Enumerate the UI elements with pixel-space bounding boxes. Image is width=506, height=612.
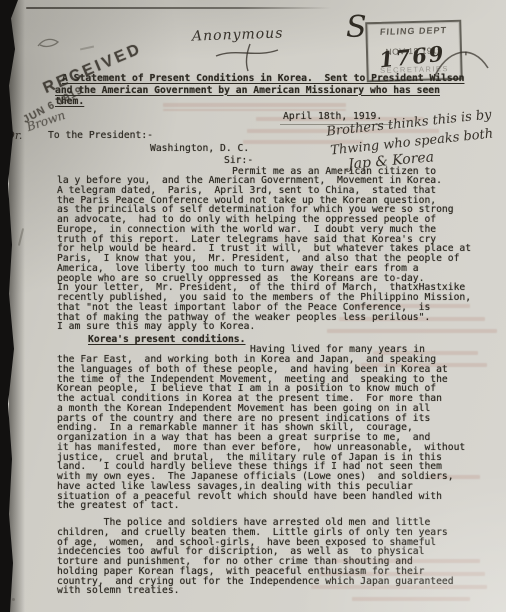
paragraph-3: The police and soldiers have arrested ol… xyxy=(57,518,454,596)
section-heading: Korea's present conditions. xyxy=(88,335,245,345)
bleed-through-mark xyxy=(352,597,470,601)
scanned-letter-page: Anonymous FILING DEPT NOV 18 1919 SECRET… xyxy=(0,0,506,612)
binding-edge-shadow xyxy=(9,0,25,612)
torn-edge-line xyxy=(26,7,331,9)
pen-flourish xyxy=(214,42,286,74)
stray-pen-mark: ' xyxy=(464,50,468,66)
pencil-scribble-mark xyxy=(36,34,68,52)
paragraph-2: the Far East, and working both in Korea … xyxy=(57,355,465,511)
bleed-through-mark xyxy=(163,103,346,107)
address-to: To the President:- xyxy=(48,131,153,141)
handwritten-initial: S xyxy=(346,10,367,45)
salutation: Sir:- xyxy=(224,156,253,166)
pencil-dash-mark xyxy=(80,46,94,50)
title-line-2: and the American Government by an Americ… xyxy=(55,86,440,96)
paragraph-1: la y before you, and the American Govern… xyxy=(57,176,471,332)
address-city: Washington, D. C. xyxy=(150,144,249,154)
pen-flourish xyxy=(428,38,498,86)
title-line-1: A Statement of Present Conditions in Kor… xyxy=(62,74,464,84)
filing-dept-label: FILING DEPT xyxy=(367,25,460,37)
title-line-3: them. xyxy=(55,97,84,107)
